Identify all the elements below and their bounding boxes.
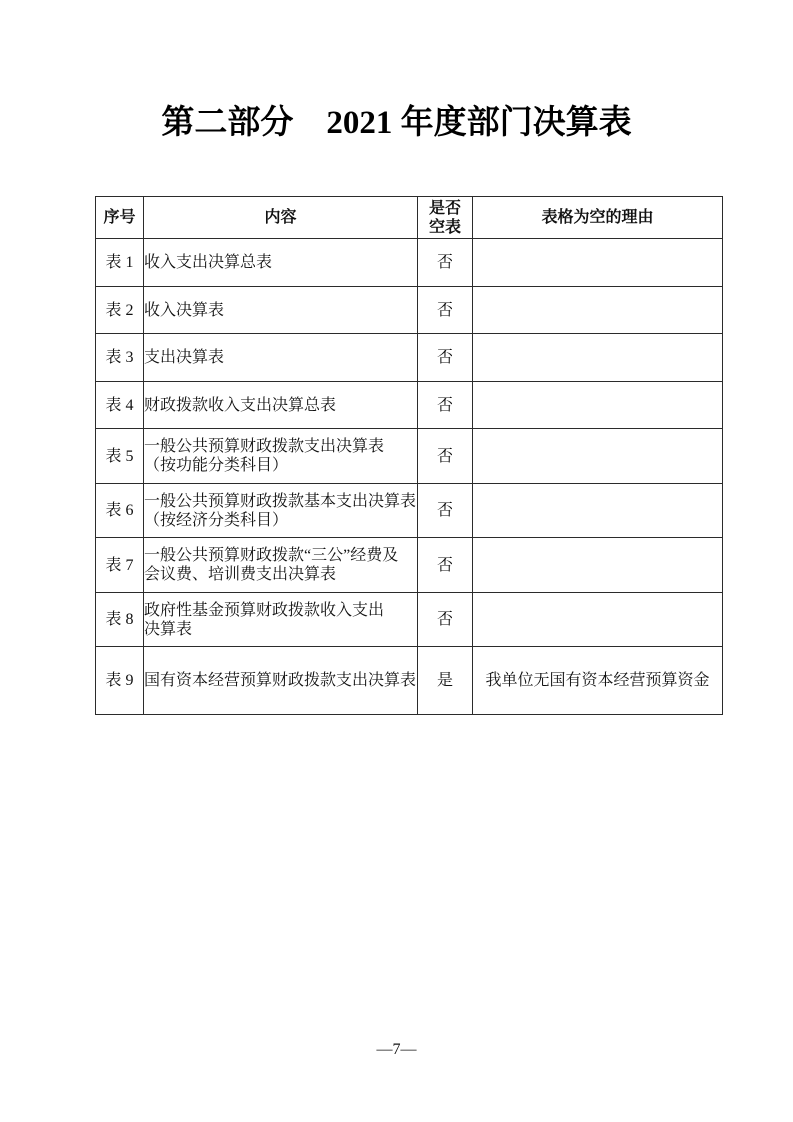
table-row: 表 3 支出决算表 否 xyxy=(96,334,723,382)
table-row: 表 9 国有资本经营预算财政拨款支出决算表 是 我单位无国有资本经营预算资金 xyxy=(96,647,723,715)
table-row: 表 1 收入支出决算总表 否 xyxy=(96,239,723,287)
cell-content: 国有资本经营预算财政拨款支出决算表 xyxy=(144,647,418,715)
table-row: 表 2 收入决算表 否 xyxy=(96,287,723,334)
cell-reason xyxy=(473,484,723,538)
table-row: 表 7 一般公共预算财政拨款“三公”经费及 会议费、培训费支出决算表 否 xyxy=(96,538,723,593)
cell-reason xyxy=(473,593,723,647)
cell-content: 收入支出决算总表 xyxy=(144,239,418,287)
cell-is-empty: 否 xyxy=(418,382,473,429)
header-cell-seq: 序号 xyxy=(96,197,144,239)
cell-is-empty: 否 xyxy=(418,593,473,647)
cell-content: 一般公共预算财政拨款“三公”经费及 会议费、培训费支出决算表 xyxy=(144,538,418,593)
cell-content: 收入决算表 xyxy=(144,287,418,334)
cell-is-empty: 否 xyxy=(418,239,473,287)
cell-seq: 表 9 xyxy=(96,647,144,715)
document-page: 第二部分 2021 年度部门决算表 序号 内容 是否 空表 表格为空的理由 表 … xyxy=(0,0,793,1122)
page-number: —7— xyxy=(0,1040,793,1059)
table-header-row: 序号 内容 是否 空表 表格为空的理由 xyxy=(96,197,723,239)
cell-seq: 表 6 xyxy=(96,484,144,538)
cell-is-empty: 是 xyxy=(418,647,473,715)
cell-content: 支出决算表 xyxy=(144,334,418,382)
cell-reason: 我单位无国有资本经营预算资金 xyxy=(473,647,723,715)
table-row: 表 6 一般公共预算财政拨款基本支出决算表 （按经济分类科目） 否 xyxy=(96,484,723,538)
final-accounts-summary-table: 序号 内容 是否 空表 表格为空的理由 表 1 收入支出决算总表 否 表 2 收… xyxy=(95,196,723,715)
cell-content: 财政拨款收入支出决算总表 xyxy=(144,382,418,429)
cell-is-empty: 否 xyxy=(418,429,473,484)
cell-reason xyxy=(473,429,723,484)
cell-is-empty: 否 xyxy=(418,538,473,593)
table-row: 表 5 一般公共预算财政拨款支出决算表 （按功能分类科目） 否 xyxy=(96,429,723,484)
cell-is-empty: 否 xyxy=(418,287,473,334)
page-title: 第二部分 2021 年度部门决算表 xyxy=(0,104,793,142)
table-row: 表 8 政府性基金预算财政拨款收入支出 决算表 否 xyxy=(96,593,723,647)
cell-content: 一般公共预算财政拨款基本支出决算表 （按经济分类科目） xyxy=(144,484,418,538)
cell-seq: 表 1 xyxy=(96,239,144,287)
header-cell-reason: 表格为空的理由 xyxy=(473,197,723,239)
cell-reason xyxy=(473,334,723,382)
cell-seq: 表 7 xyxy=(96,538,144,593)
cell-is-empty: 否 xyxy=(418,484,473,538)
cell-reason xyxy=(473,287,723,334)
header-cell-is-empty: 是否 空表 xyxy=(418,197,473,239)
cell-reason xyxy=(473,382,723,429)
cell-content: 政府性基金预算财政拨款收入支出 决算表 xyxy=(144,593,418,647)
table-row: 表 4 财政拨款收入支出决算总表 否 xyxy=(96,382,723,429)
cell-content: 一般公共预算财政拨款支出决算表 （按功能分类科目） xyxy=(144,429,418,484)
cell-reason xyxy=(473,538,723,593)
cell-is-empty: 否 xyxy=(418,334,473,382)
cell-seq: 表 5 xyxy=(96,429,144,484)
cell-reason xyxy=(473,239,723,287)
header-cell-content: 内容 xyxy=(144,197,418,239)
cell-seq: 表 4 xyxy=(96,382,144,429)
cell-seq: 表 2 xyxy=(96,287,144,334)
cell-seq: 表 8 xyxy=(96,593,144,647)
cell-seq: 表 3 xyxy=(96,334,144,382)
